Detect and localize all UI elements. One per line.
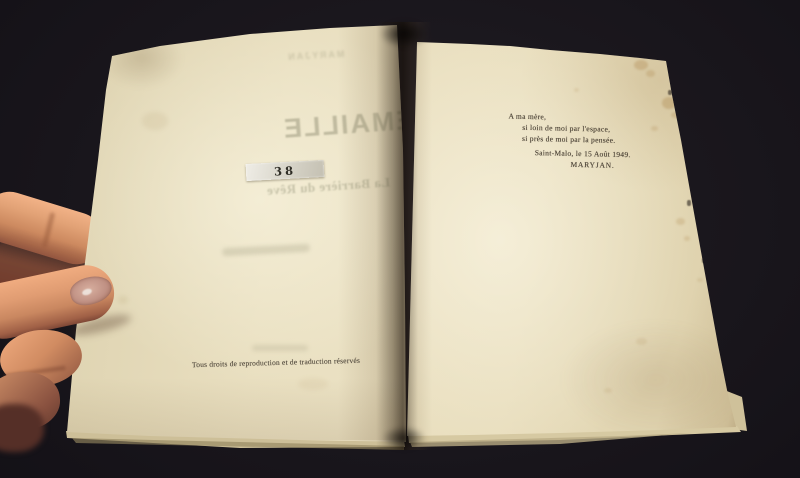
photo-open-book: MARYJAN BRISEMAILLE La Barrière du Rêve …	[0, 0, 800, 478]
hand	[0, 0, 800, 478]
palm-shadow	[0, 404, 44, 452]
